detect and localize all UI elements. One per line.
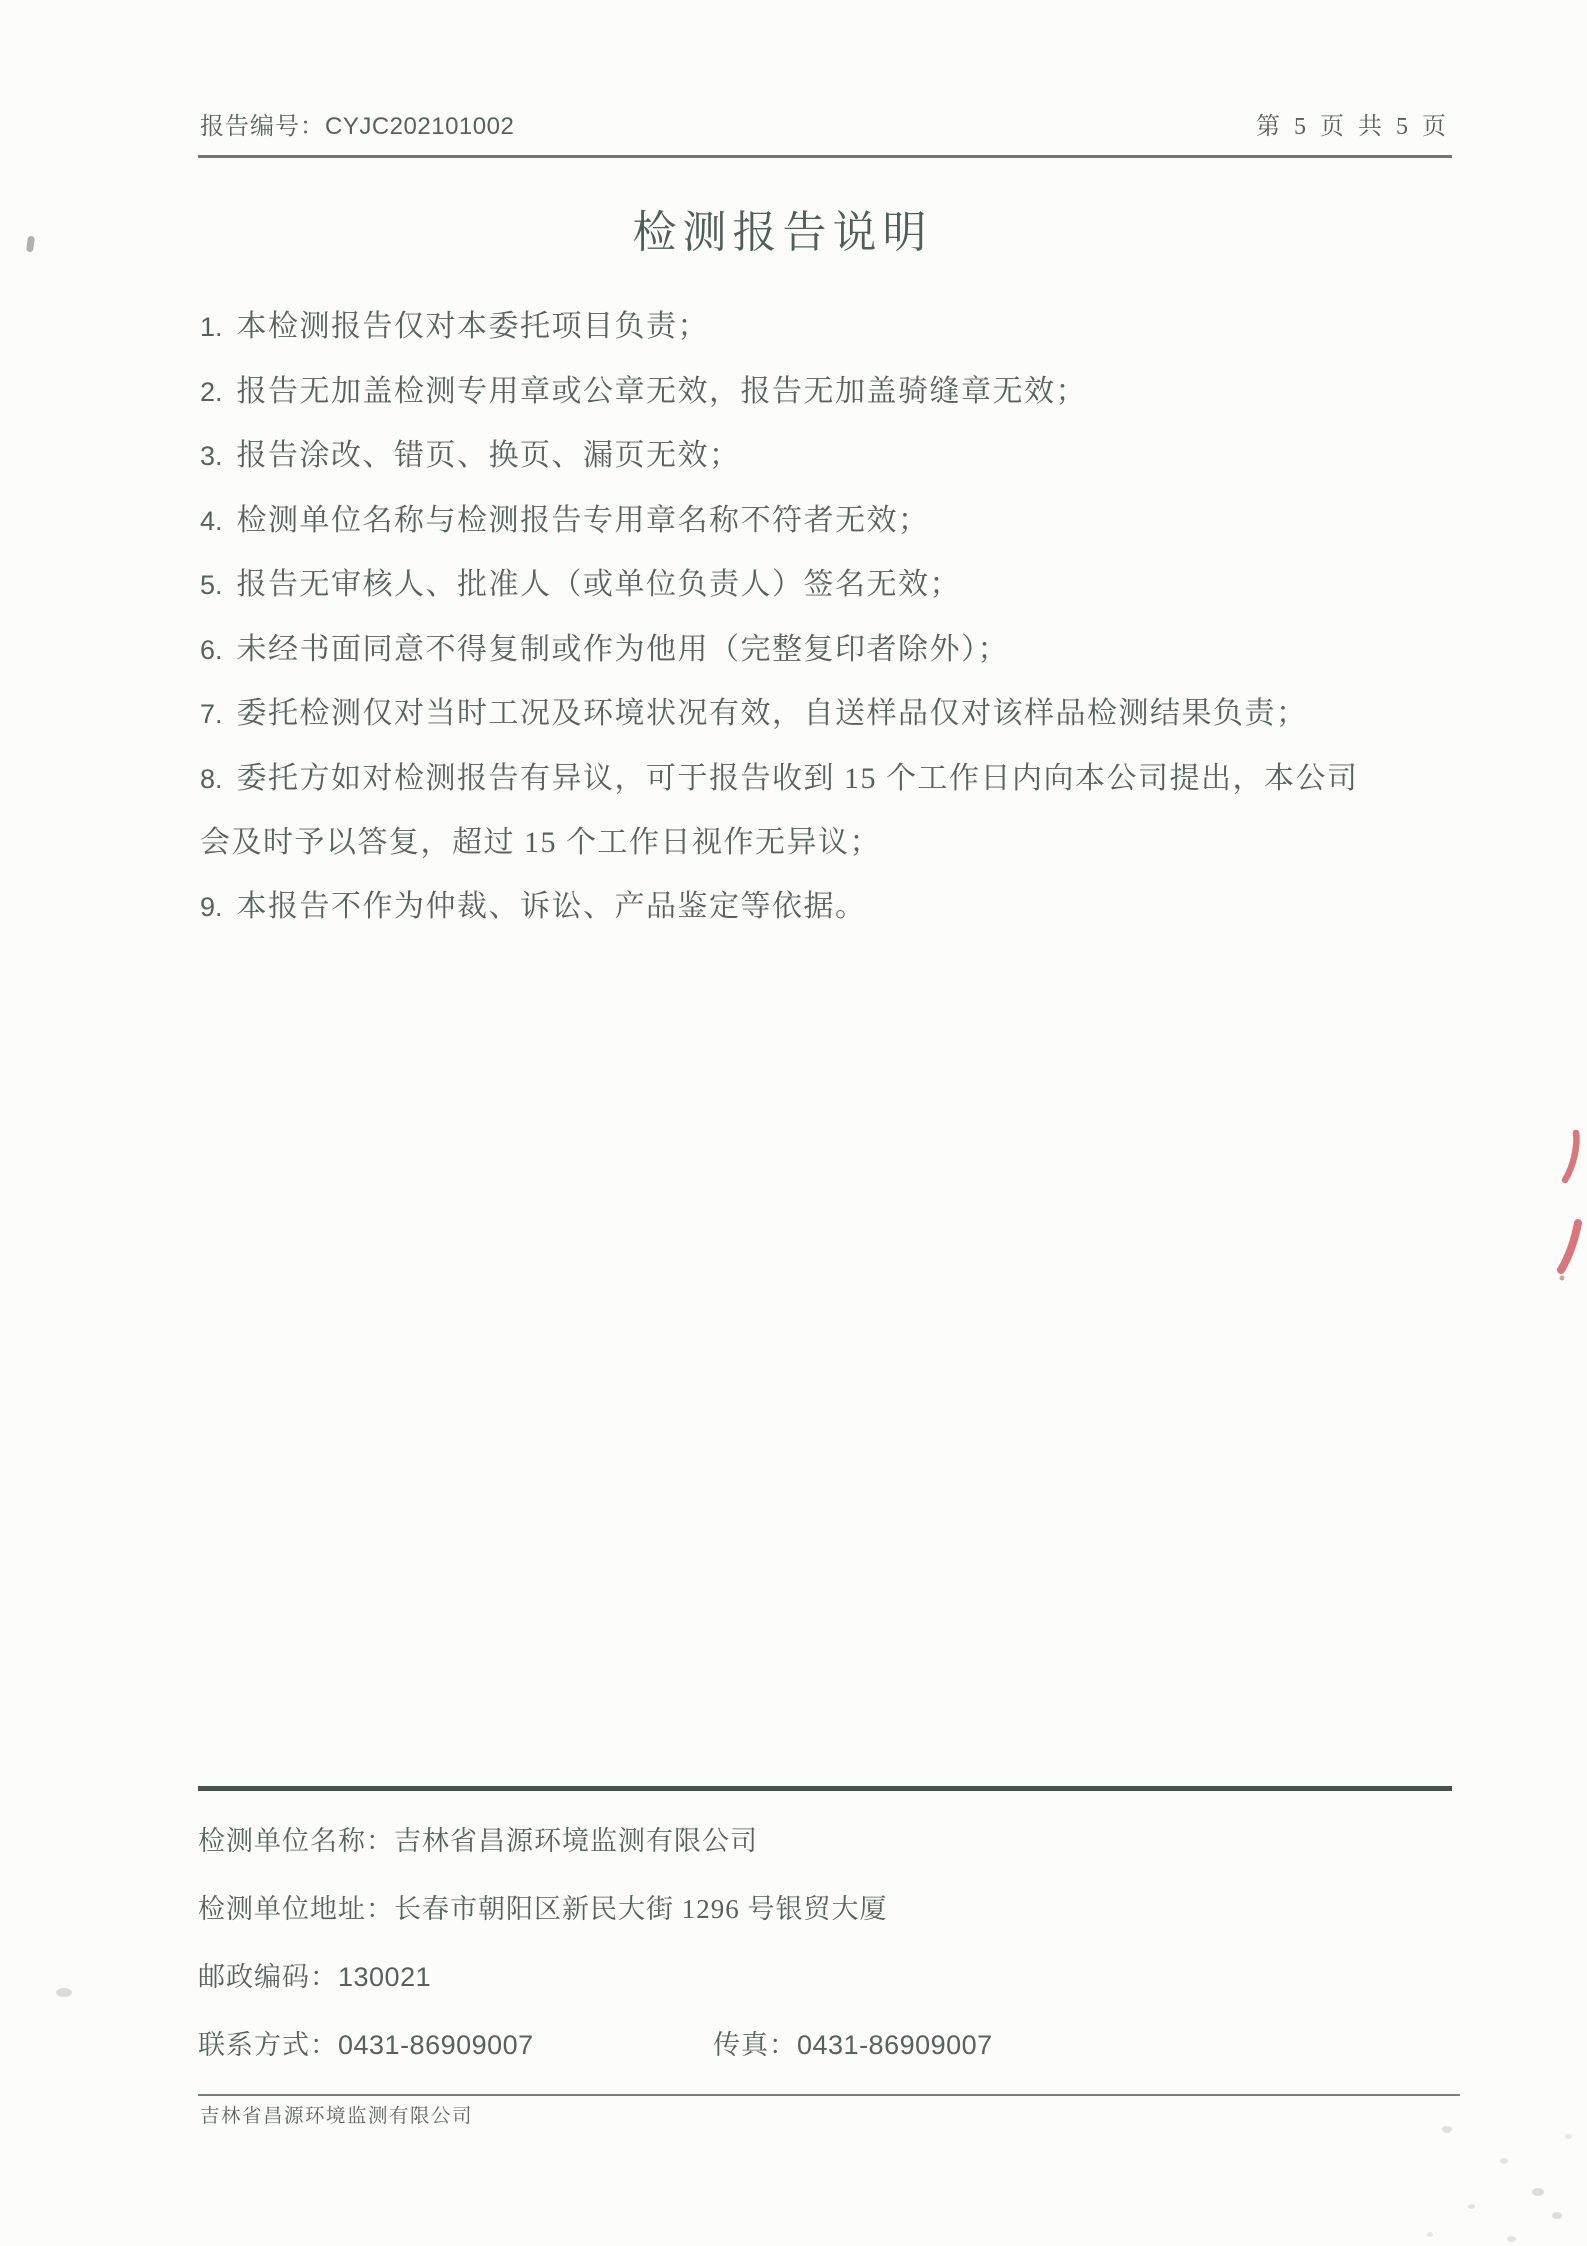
scan-artifact [26,236,35,253]
contact-row: 联系方式：0431-86909007 传真：0431-86909007 [198,2011,1452,2079]
note-item-7: 7.委托检测仅对当时工况及环境状况有效，自送样品仅对该样品检测结果负责； [200,682,1457,747]
org-name-value: 吉林省昌源环境监测有限公司 [394,1826,758,1856]
note-text: 检测单位名称与检测报告专用章名称不符者无效； [237,504,930,537]
contact-phone-value: 0431-86909007 [338,2030,534,2060]
notes-list: 1.本检测报告仅对本委托项目负责； 2.报告无加盖检测专用章或公章无效，报告无加… [200,295,1457,939]
scan-artifact [56,1988,72,1997]
report-number-label: 报告编号： [200,114,325,140]
note-item-9: 9.本报告不作为仲裁、诉讼、产品鉴定等依据。 [200,875,1457,940]
note-text-continued: 会及时予以答复，超过 15 个工作日视作无异议； [200,811,1457,875]
note-text: 委托方如对检测报告有异议，可于报告收到 15 个工作日内向本公司提出，本公司 [237,762,1359,795]
fax-group: 传真：0431-86909007 [713,2011,993,2079]
scan-artifact [1427,2232,1433,2237]
report-number-value: CYJC202101002 [325,113,514,140]
contact-label: 联系方式： [198,2030,338,2060]
footer-rule [198,2094,1460,2096]
note-text: 委托检测仅对当时工况及环境状况有效，自送样品仅对该样品检测结果负责； [237,697,1308,730]
red-stamp-fragment [1540,1115,1587,1285]
note-item-4: 4.检测单位名称与检测报告专用章名称不符者无效； [200,489,1457,554]
note-item-6: 6.未经书面同意不得复制或作为他用（完整复印者除外）； [200,618,1457,683]
page-header: 报告编号：CYJC202101002 第 5 页 共 5 页 [200,110,1450,144]
note-number: 8. [200,764,237,794]
postal-code-row: 邮政编码：130021 [198,1943,1452,2011]
org-address-label: 检测单位地址： [198,1894,394,1924]
scan-artifact [1552,2212,1562,2219]
note-text: 报告无审核人、批准人（或单位负责人）签名无效； [237,568,962,601]
scan-artifact [1468,2204,1475,2209]
note-number: 4. [200,506,237,536]
note-item-3: 3.报告涂改、错页、换页、漏页无效； [200,424,1457,489]
note-text: 本检测报告仅对本委托项目负责； [237,310,710,343]
note-text: 本报告不作为仲裁、诉讼、产品鉴定等依据。 [237,890,867,923]
scan-artifact [1500,2158,1508,2164]
note-text: 未经书面同意不得复制或作为他用（完整复印者除外）； [237,633,1010,666]
org-address-row: 检测单位地址：长春市朝阳区新民大街 1296 号银贸大厦 [198,1875,1452,1943]
note-number: 2. [200,377,237,407]
note-number: 3. [200,441,237,471]
note-number: 1. [200,312,237,342]
scan-artifact [1565,2134,1572,2139]
scan-artifact [1507,2236,1516,2242]
fax-label: 传真： [713,2030,797,2060]
note-number: 7. [200,699,237,729]
note-number: 6. [200,635,237,665]
note-item-8: 8.委托方如对检测报告有异议，可于报告收到 15 个工作日内向本公司提出，本公司… [200,747,1457,875]
footer-info-block: 检测单位名称：吉林省昌源环境监测有限公司 检测单位地址：长春市朝阳区新民大街 1… [198,1786,1452,2079]
header-rule [198,155,1452,158]
note-text: 报告无加盖检测专用章或公章无效，报告无加盖骑缝章无效； [237,375,1088,408]
note-item-1: 1.本检测报告仅对本委托项目负责； [200,295,1457,360]
org-name-row: 检测单位名称：吉林省昌源环境监测有限公司 [198,1807,1452,1875]
note-text: 报告涂改、错页、换页、漏页无效； [237,439,741,472]
scan-artifact [1532,2188,1544,2196]
note-item-5: 5.报告无审核人、批准人（或单位负责人）签名无效； [200,553,1457,618]
page-indicator: 第 5 页 共 5 页 [1256,110,1450,144]
report-number-group: 报告编号：CYJC202101002 [200,110,514,144]
report-page: 报告编号：CYJC202101002 第 5 页 共 5 页 检测报告说明 1.… [0,0,1587,2246]
fax-number-value: 0431-86909007 [797,2030,993,2060]
postal-code-label: 邮政编码： [198,1962,338,1992]
org-name-label: 检测单位名称： [198,1826,394,1856]
org-address-value: 长春市朝阳区新民大街 1296 号银贸大厦 [394,1894,888,1924]
document-title: 检测报告说明 [200,202,1455,264]
note-item-2: 2.报告无加盖检测专用章或公章无效，报告无加盖骑缝章无效； [200,360,1457,425]
postal-code-value: 130021 [338,1962,431,1992]
company-footer-text: 吉林省昌源环境监测有限公司 [200,2102,473,2132]
note-number: 9. [200,892,237,922]
scan-artifact [1442,2126,1452,2133]
note-number: 5. [200,570,237,600]
